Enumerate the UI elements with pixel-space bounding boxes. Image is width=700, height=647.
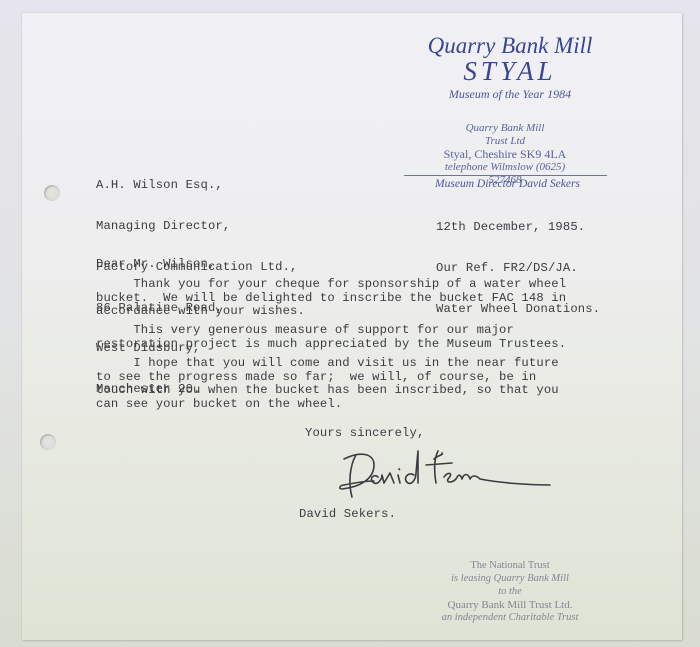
letterhead-place: STYAL — [400, 56, 620, 87]
letterhead-address-line: Styal, Cheshire SK9 4LA — [430, 148, 580, 161]
body-paragraph: Thank you for your cheque for sponsorshi… — [96, 278, 566, 319]
punch-hole-top — [44, 185, 60, 201]
recipient-line: A.H. Wilson Esq., — [96, 179, 298, 193]
salutation: Dear Mr. Wilson, — [96, 258, 215, 272]
recipient-line: Managing Director, — [96, 220, 298, 234]
letterhead-award: Museum of the Year 1984 — [400, 87, 620, 102]
body-paragraph: This very generous measure of support fo… — [96, 324, 566, 351]
our-reference: Our Ref. FR2/DS/JA. — [436, 262, 600, 276]
letterhead-divider — [404, 175, 607, 176]
punch-hole-bottom — [40, 434, 56, 450]
footer-line: The National Trust — [430, 559, 590, 573]
footer-line: is leasing Quarry Bank Mill — [430, 572, 590, 586]
handwritten-signature — [330, 445, 570, 507]
letterhead-address-line: Quarry Bank Mill — [430, 122, 580, 135]
body-paragraph: I hope that you will come and visit us i… — [96, 357, 559, 411]
footer-line: an independent Charitable Trust — [430, 611, 590, 625]
letter-date: 12th December, 1985. — [436, 221, 600, 235]
closing: Yours sincerely, — [305, 427, 424, 441]
letterhead-director: Museum Director David Sekers — [420, 178, 595, 190]
signatory-name: David Sekers. — [299, 508, 396, 522]
footer-line: Quarry Bank Mill Trust Ltd. — [430, 598, 590, 612]
footer-line: to the — [430, 585, 590, 599]
